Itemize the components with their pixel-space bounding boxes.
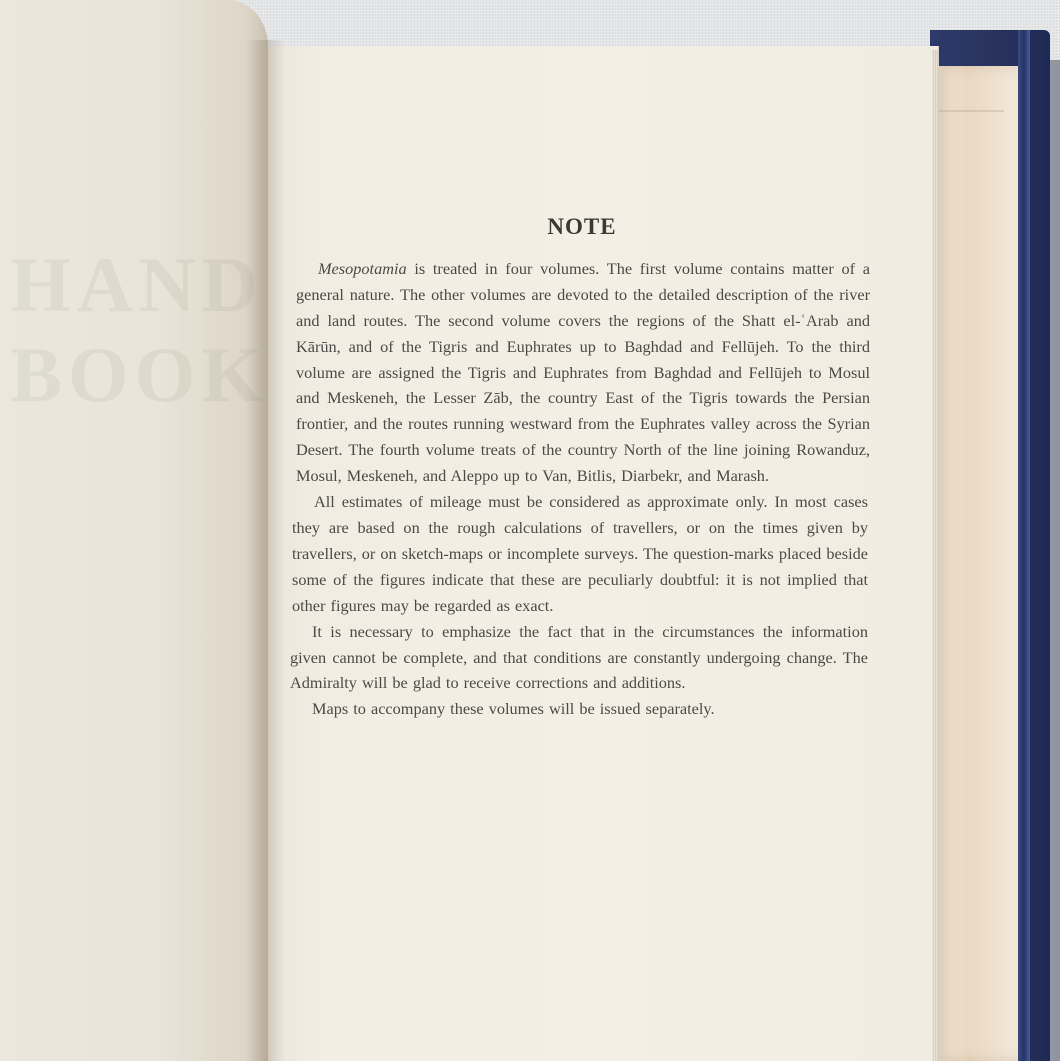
book-cover-edge xyxy=(1018,30,1030,1061)
paragraph-2: All estimates of mileage must be conside… xyxy=(292,489,868,619)
left-page-show-through-text: HAND BOOK xyxy=(10,240,250,640)
paragraph-4: Maps to accompany these volumes will be … xyxy=(290,696,868,722)
endpaper-fold xyxy=(936,110,1004,112)
italic-title-word: Mesopotamia xyxy=(318,259,407,278)
page-stack-edge xyxy=(932,50,938,1061)
page-title: NOTE xyxy=(296,214,868,240)
note-text-block: NOTE Mesopotamia is treated in four volu… xyxy=(290,214,868,722)
endpaper xyxy=(936,66,1018,1061)
book-gutter-shadow xyxy=(245,40,285,1061)
book-photo-scene: HAND BOOK NOTE Mesopotamia is treated in… xyxy=(0,0,1060,1061)
paragraph-1: Mesopotamia is treated in four volumes. … xyxy=(296,256,870,489)
paragraph-3: It is necessary to emphasize the fact th… xyxy=(290,619,868,697)
paragraph-1-text: is treated in four volumes. The first vo… xyxy=(296,259,870,485)
